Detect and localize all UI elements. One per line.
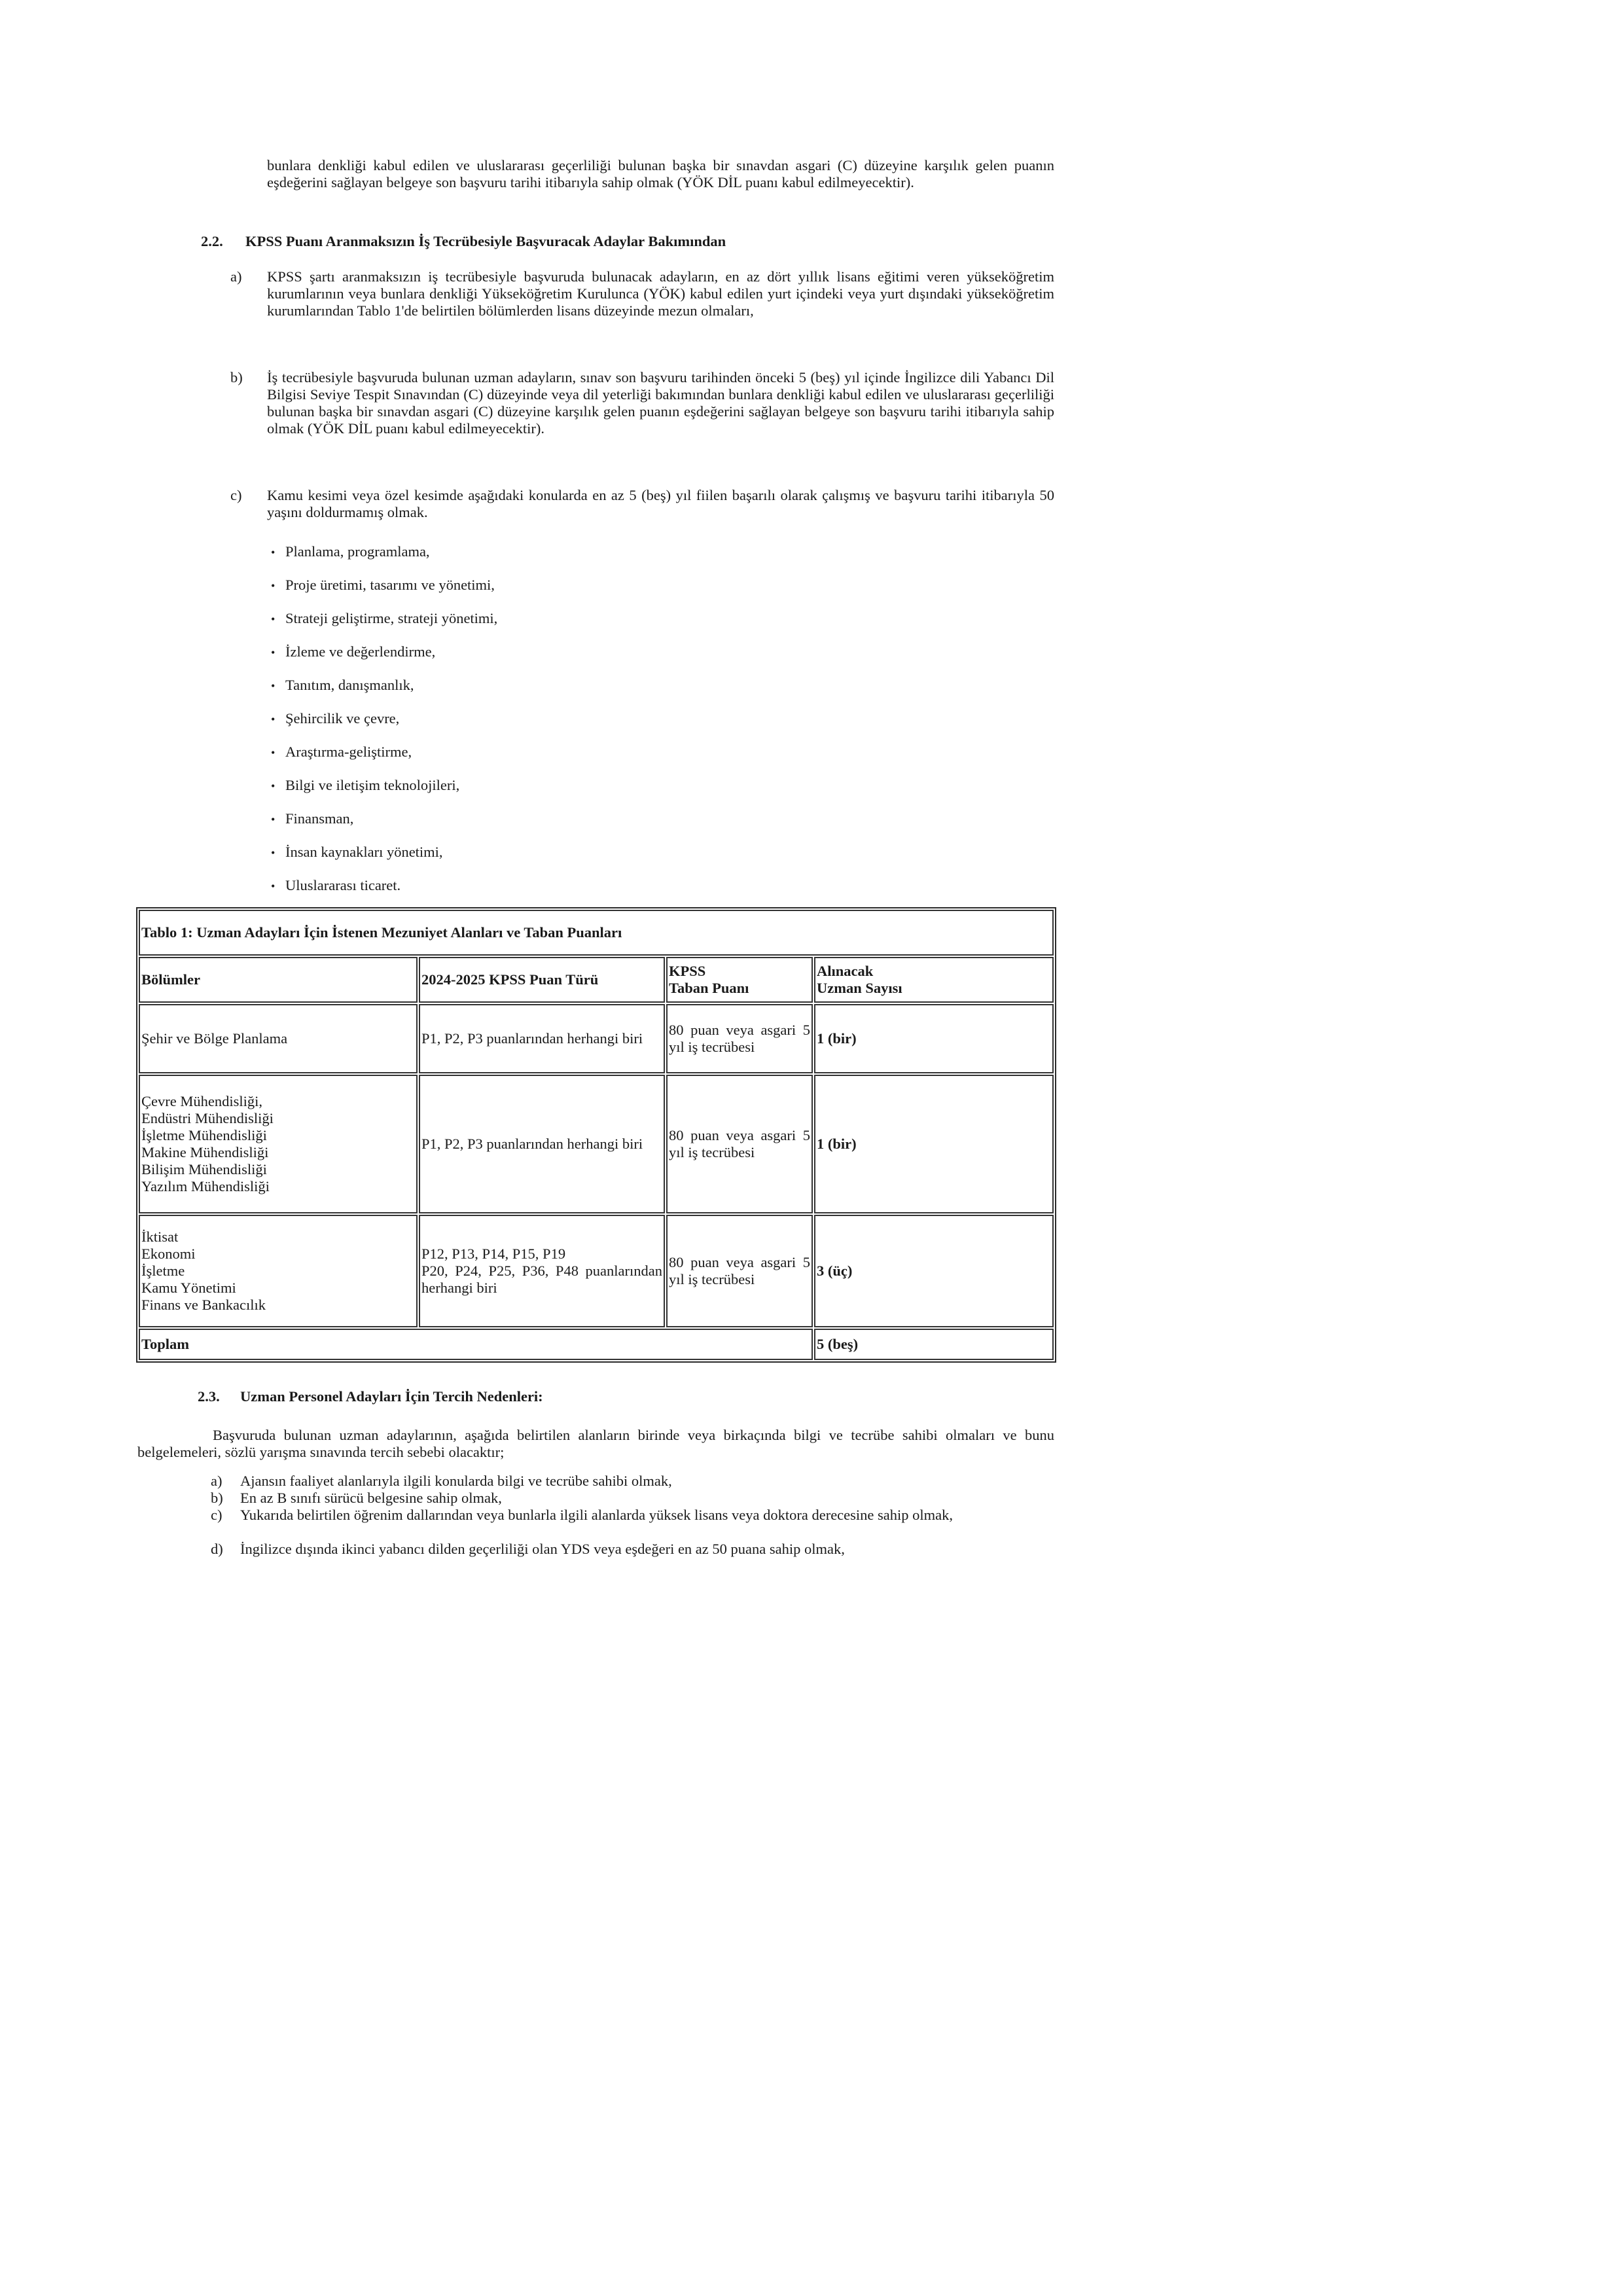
bullet-text: İzleme ve değerlendirme, xyxy=(285,643,435,660)
bullet-item: •Uluslararası ticaret. xyxy=(267,877,401,895)
count-text: 1 (bir) xyxy=(817,1136,1051,1153)
bullet-text: Uluslararası ticaret. xyxy=(285,877,401,893)
department-name: Çevre Mühendisliği, xyxy=(141,1093,415,1110)
bullet-icon: • xyxy=(267,644,285,661)
pref-marker-c: c) xyxy=(211,1507,222,1524)
score-type-line2: P20, P24, P25, P36, P48 puanlarından her… xyxy=(421,1263,662,1297)
header-count-line1: Alınacak xyxy=(817,963,1051,980)
table-row-1-departments: Şehir ve Bölge Planlama xyxy=(139,1004,418,1073)
bullet-item: •Finansman, xyxy=(267,810,353,828)
header-count-line2: Uzman Sayısı xyxy=(817,980,1051,997)
bullet-text: Proje üretimi, tasarımı ve yönetimi, xyxy=(285,577,495,593)
bullet-icon: • xyxy=(267,577,285,594)
bullet-item: •Tanıtım, danışmanlık, xyxy=(267,677,414,694)
header-departments: Bölümler xyxy=(139,957,418,1003)
department-name: Kamu Yönetimi xyxy=(141,1280,415,1297)
base-score-text: 80 puan veya asgari 5 yıl iş tecrübesi xyxy=(669,1254,810,1288)
bullet-item: •Araştırma-geliştirme, xyxy=(267,744,412,761)
table-title-cell: Tablo 1: Uzman Adayları İçin İstenen Mez… xyxy=(139,910,1054,956)
bullet-icon: • xyxy=(267,677,285,694)
pref-marker-a: a) xyxy=(211,1473,222,1490)
header-base-score: KPSS Taban Puanı xyxy=(666,957,813,1003)
list-item-a: KPSS şartı aranmaksızın iş tecrübesiyle … xyxy=(267,268,1054,319)
table-row-2-score-type: P1, P2, P3 puanlarından herhangi biri xyxy=(419,1075,665,1213)
table-title: Tablo 1: Uzman Adayları İçin İstenen Mez… xyxy=(141,924,1051,941)
bullet-item: •İzleme ve değerlendirme, xyxy=(267,643,435,661)
pref-item-c: Yukarıda belirtilen öğrenim dallarından … xyxy=(240,1507,1054,1524)
department-name: Ekonomi xyxy=(141,1246,415,1263)
section-number: 2.2. xyxy=(201,233,223,249)
department-name: İşletme Mühendisliği xyxy=(141,1127,415,1144)
section-2-3-paragraph: Başvuruda bulunan uzman adaylarının, aşa… xyxy=(137,1427,1054,1461)
pref-item-a: Ajansın faaliyet alanlarıyla ilgili konu… xyxy=(240,1473,1054,1490)
table-row-3-count: 3 (üç) xyxy=(814,1215,1054,1327)
table-row-2-base-score: 80 puan veya asgari 5 yıl iş tecrübesi xyxy=(666,1075,813,1213)
list-marker-c: c) xyxy=(230,487,241,504)
table-row-3-base-score: 80 puan veya asgari 5 yıl iş tecrübesi xyxy=(666,1215,813,1327)
pref-item-b: En az B sınıfı sürücü belgesine sahip ol… xyxy=(240,1490,1054,1507)
department-name: İktisat xyxy=(141,1229,415,1246)
bullet-item: •Strateji geliştirme, strateji yönetimi, xyxy=(267,610,497,628)
bullet-text: Strateji geliştirme, strateji yönetimi, xyxy=(285,610,497,626)
header-score-type-label: 2024-2025 KPSS Puan Türü xyxy=(421,971,662,988)
score-type-line1: P12, P13, P14, P15, P19 xyxy=(421,1246,662,1263)
list-marker-a: a) xyxy=(230,268,241,285)
total-value: 5 (beş) xyxy=(817,1336,1051,1353)
section-title: Uzman Personel Adayları İçin Tercih Nede… xyxy=(240,1388,543,1405)
header-base-score-line2: Taban Puanı xyxy=(669,980,810,997)
department-name: Yazılım Mühendisliği xyxy=(141,1178,415,1195)
bullet-text: Araştırma-geliştirme, xyxy=(285,744,412,760)
bullet-text: Finansman, xyxy=(285,810,353,827)
list-item-c: Kamu kesimi veya özel kesimde aşağıdaki … xyxy=(267,487,1054,521)
section-2-2-heading: 2.2. KPSS Puanı Aranmaksızın İş Tecrübes… xyxy=(201,233,223,250)
bullet-text: Bilgi ve iletişim teknolojileri, xyxy=(285,777,459,793)
base-score-text: 80 puan veya asgari 5 yıl iş tecrübesi xyxy=(669,1022,810,1056)
bullet-item: •Bilgi ve iletişim teknolojileri, xyxy=(267,777,459,795)
base-score-text: 80 puan veya asgari 5 yıl iş tecrübesi xyxy=(669,1127,810,1161)
section-2-3-heading: 2.3. Uzman Personel Adayları İçin Tercih… xyxy=(198,1388,220,1405)
table-row-3-score-type: P12, P13, P14, P15, P19 P20, P24, P25, P… xyxy=(419,1215,665,1327)
count-text: 1 (bir) xyxy=(817,1030,1051,1047)
bullet-item: •İnsan kaynakları yönetimi, xyxy=(267,844,443,861)
bullet-item: •Planlama, programlama, xyxy=(267,543,430,561)
header-base-score-line1: KPSS xyxy=(669,963,810,980)
bullet-icon: • xyxy=(267,878,285,895)
department-name: Endüstri Mühendisliği xyxy=(141,1110,415,1127)
department-name: Şehir ve Bölge Planlama xyxy=(141,1030,415,1047)
header-count: Alınacak Uzman Sayısı xyxy=(814,957,1054,1003)
bullet-icon: • xyxy=(267,778,285,795)
intro-paragraph: bunlara denkliği kabul edilen ve uluslar… xyxy=(267,157,1054,191)
bullet-icon: • xyxy=(267,611,285,628)
bullet-icon: • xyxy=(267,544,285,561)
department-name: Finans ve Bankacılık xyxy=(141,1297,415,1314)
department-name: Bilişim Mühendisliği xyxy=(141,1161,415,1178)
table-total-value-cell: 5 (beş) xyxy=(814,1329,1054,1360)
table-row-3-departments: İktisat Ekonomi İşletme Kamu Yönetimi Fi… xyxy=(139,1215,418,1327)
bullet-icon: • xyxy=(267,711,285,728)
header-score-type: 2024-2025 KPSS Puan Türü xyxy=(419,957,665,1003)
table-row-2-departments: Çevre Mühendisliği, Endüstri Mühendisliğ… xyxy=(139,1075,418,1213)
header-departments-label: Bölümler xyxy=(141,971,415,988)
bullet-item: •Şehircilik ve çevre, xyxy=(267,710,399,728)
list-item-b: İş tecrübesiyle başvuruda bulunan uzman … xyxy=(267,369,1054,437)
score-type-text: P1, P2, P3 puanlarından herhangi biri xyxy=(421,1136,662,1153)
pref-marker-d: d) xyxy=(211,1541,223,1558)
department-name: Makine Mühendisliği xyxy=(141,1144,415,1161)
bullet-icon: • xyxy=(267,744,285,761)
list-marker-b: b) xyxy=(230,369,243,386)
table-total-label-cell: Toplam xyxy=(139,1329,813,1360)
pref-marker-b: b) xyxy=(211,1490,223,1507)
section-title: KPSS Puanı Aranmaksızın İş Tecrübesiyle … xyxy=(245,233,726,250)
bullet-text: İnsan kaynakları yönetimi, xyxy=(285,844,443,860)
total-label: Toplam xyxy=(141,1336,810,1353)
bullet-icon: • xyxy=(267,844,285,861)
document-page: bunlara denkliği kabul edilen ve uluslar… xyxy=(0,0,1623,2296)
section-number: 2.3. xyxy=(198,1388,220,1405)
table-row-1-count: 1 (bir) xyxy=(814,1004,1054,1073)
department-name: İşletme xyxy=(141,1263,415,1280)
bullet-item: •Proje üretimi, tasarımı ve yönetimi, xyxy=(267,577,495,594)
bullet-text: Şehircilik ve çevre, xyxy=(285,710,399,726)
pref-item-d: İngilizce dışında ikinci yabancı dilden … xyxy=(240,1541,1054,1558)
table-row-1-base-score: 80 puan veya asgari 5 yıl iş tecrübesi xyxy=(666,1004,813,1073)
bullet-text: Planlama, programlama, xyxy=(285,543,430,560)
bullet-icon: • xyxy=(267,811,285,828)
score-type-text: P1, P2, P3 puanlarından herhangi biri xyxy=(421,1030,662,1047)
table-row-2-count: 1 (bir) xyxy=(814,1075,1054,1213)
count-text: 3 (üç) xyxy=(817,1263,1051,1280)
bullet-text: Tanıtım, danışmanlık, xyxy=(285,677,414,693)
table-row-1-score-type: P1, P2, P3 puanlarından herhangi biri xyxy=(419,1004,665,1073)
